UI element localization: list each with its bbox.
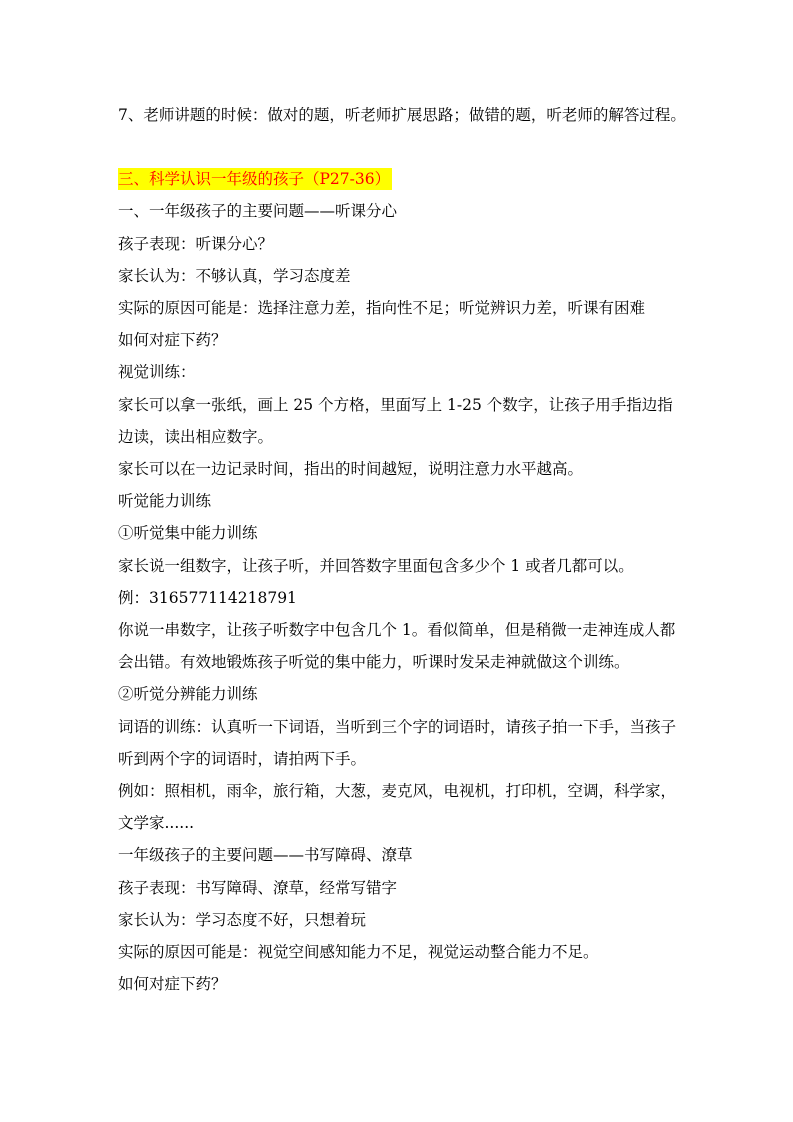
paragraph: 你说一串数字，让孩子听数字中包含几个 1。看似简单，但是稍微一走神连成人都会出错… [118, 614, 688, 678]
paragraph: 词语的训练：认真听一下词语，当听到三个字的词语时，请孩子拍一下手，当孩子听到两个… [118, 711, 688, 775]
paragraph: 如何对症下药？ [118, 324, 688, 356]
subheading-distraction: 一、一年级孩子的主要问题——听课分心 [118, 195, 688, 227]
paragraph: 孩子表现：听课分心？ [118, 228, 688, 260]
paragraph: 实际的原因可能是：选择注意力差，指向性不足；听觉辨识力差，听课有困难 [118, 292, 688, 324]
paragraph: 家长可以拿一张纸，画上 25 个方格，里面写上 1-25 个数字，让孩子用手指边… [118, 389, 688, 453]
paragraph: 例如：照相机，雨伞，旅行箱，大葱，麦克风，电视机，打印机，空调，科学家，文学家.… [118, 775, 688, 839]
section-heading-line: 三、科学认识一年级的孩子（P27-36） [118, 163, 688, 195]
paragraph: 家长认为：不够认真，学习态度差 [118, 260, 688, 292]
subheading-handwriting: 一年级孩子的主要问题——书写障碍、潦草 [118, 839, 688, 871]
paragraph: 例：316577114218791 [118, 582, 688, 614]
paragraph: ②听觉分辨能力训练 [118, 678, 688, 710]
paragraph-item-7: 7、老师讲题的时候：做对的题，听老师扩展思路；做错的题，听老师的解答过程。 [118, 99, 688, 131]
paragraph: 家长认为：学习态度不好，只想着玩 [118, 904, 688, 936]
section-heading: 三、科学认识一年级的孩子（P27-36） [118, 168, 392, 190]
spacer [118, 131, 688, 163]
paragraph: ①听觉集中能力训练 [118, 517, 688, 549]
paragraph: 家长说一组数字，让孩子听，并回答数字里面包含多少个 1 或者几都可以。 [118, 550, 688, 582]
paragraph: 听觉能力训练 [118, 485, 688, 517]
paragraph: 视觉训练： [118, 356, 688, 388]
document-page: 7、老师讲题的时候：做对的题，听老师扩展思路；做错的题，听老师的解答过程。 三、… [118, 99, 688, 1000]
paragraph: 家长可以在一边记录时间，指出的时间越短，说明注意力水平越高。 [118, 453, 688, 485]
paragraph: 孩子表现：书写障碍、潦草，经常写错字 [118, 872, 688, 904]
paragraph: 实际的原因可能是：视觉空间感知能力不足，视觉运动整合能力不足。 [118, 936, 688, 968]
paragraph: 如何对症下药？ [118, 968, 688, 1000]
